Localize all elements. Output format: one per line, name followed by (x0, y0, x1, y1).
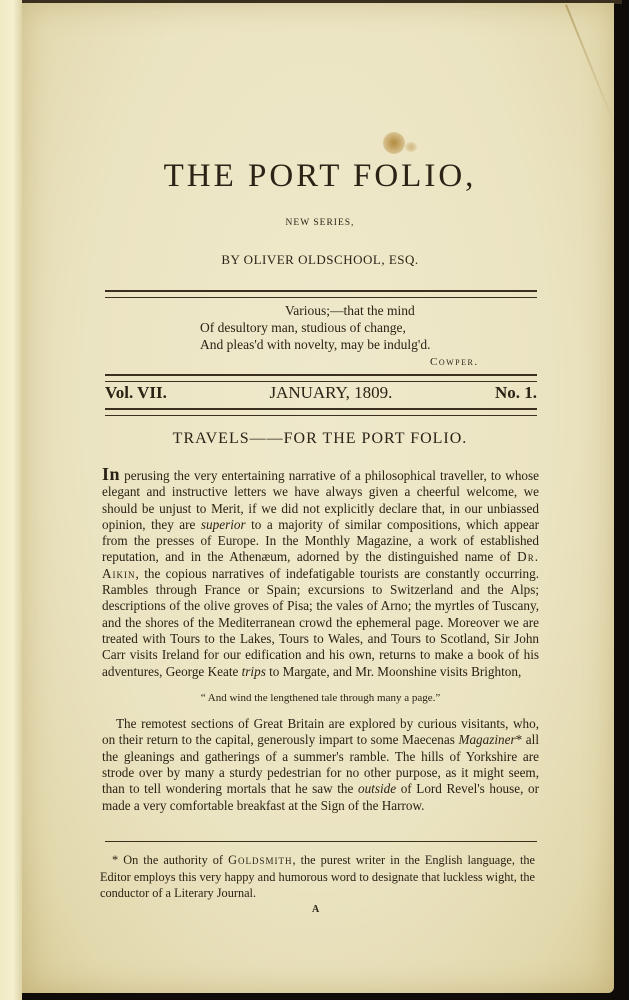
header-rule (105, 290, 537, 298)
publication-title: THE PORT FOLIO, (100, 158, 540, 195)
footnote-rule (105, 841, 537, 842)
volume-label: Vol. VII. (105, 383, 167, 403)
footnote: * On the authority of Goldsmith, the pur… (100, 852, 535, 902)
issue-rule-top (105, 374, 537, 382)
foxing-stain-small (405, 142, 417, 152)
issue-date: JANUARY, 1809. (269, 383, 392, 403)
issue-rule-bottom (105, 408, 537, 416)
publication-byline: BY OLIVER OLDSCHOOL, ESQ. (100, 252, 540, 268)
footnote-author: Goldsmith (228, 853, 292, 867)
signature-mark: A (312, 904, 319, 915)
epigraph-attribution: Cowper. (430, 356, 479, 368)
paragraph-2: The remotest sections of Great Britain a… (102, 716, 539, 814)
drop-cap: In (102, 464, 120, 484)
adjacent-page-edge (0, 0, 22, 1000)
publication-subtitle: NEW SERIES, (100, 218, 540, 228)
paragraph-1: In perusing the very entertaining narrat… (102, 466, 539, 680)
epigraph-line: Of desultory man, studious of change, (200, 319, 480, 336)
issue-number: No. 1. (495, 383, 537, 403)
article-body: In perusing the very entertaining narrat… (102, 466, 539, 814)
block-quote: “ And wind the lengthened tale through m… (102, 690, 539, 706)
epigraph-line: And pleas'd with novelty, may be indulg'… (200, 336, 480, 353)
epigraph: Various;—that the mind Of desultory man,… (200, 302, 480, 353)
epigraph-line: Various;—that the mind (200, 302, 480, 319)
foxing-stain (383, 132, 405, 154)
issue-info-row: Vol. VII. JANUARY, 1809. No. 1. (105, 383, 537, 403)
article-heading: TRAVELS——FOR THE PORT FOLIO. (100, 430, 540, 448)
